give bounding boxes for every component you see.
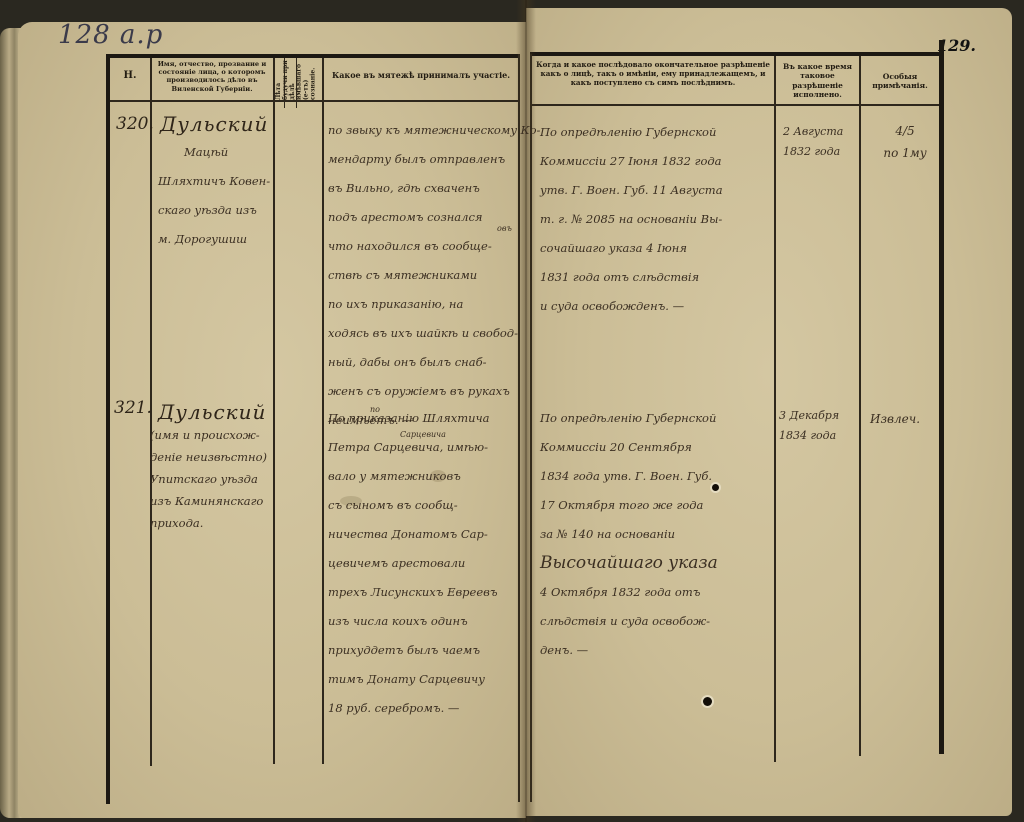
header-bottom-left (108, 100, 518, 102)
header-number: Н. (112, 70, 148, 83)
executed-date: 3 Декабря 1834 года (779, 406, 839, 446)
person-line: скаго уѣзда изъ (158, 196, 270, 225)
person-line: Упитскаго уѣзда (150, 468, 267, 490)
header-narrow-col: Лѣта будучи при дѣлѣ имѣвшаго (е-тъ) соз… (276, 60, 320, 100)
person-line: Мацѣй (158, 138, 270, 167)
header-executed: Въ какое время таковое разрѣшеніе исполн… (777, 62, 858, 99)
superscript-correction: овъ (497, 224, 512, 233)
header-resolution: Когда и какое послѣдовало окончательное … (533, 60, 773, 87)
executed-date: 2 Августа 1832 года (783, 122, 843, 162)
person-details: (имя и происхож- деніе неизвѣстно) Упитс… (150, 424, 267, 534)
right-outer-border (939, 40, 944, 754)
participation-text: по звыку къ мятежническому Ко- мендарту … (328, 116, 540, 435)
resolution-line: Высочайшаго указа (540, 549, 718, 578)
header-bottom-right (530, 104, 940, 106)
header-person: Имя, отчество, прозвание и состояніе лиц… (153, 60, 271, 93)
person-line: (имя и происхож- (150, 424, 267, 446)
participation-line: вало у мятежниковъ (328, 462, 498, 491)
participation-line: 18 руб. серебромъ. — (328, 694, 498, 723)
resolution-line: 1831 года отъ слѣдствія (540, 263, 723, 292)
col-divider-narrow (322, 58, 324, 764)
left-outer-border (106, 54, 110, 804)
remarks-line: 4/5 (875, 120, 935, 142)
participation-line: что находился въ сообще- (328, 232, 540, 261)
person-line: деніе неизвѣстно) (150, 446, 267, 468)
entry-number: 321. (114, 398, 152, 418)
resolution-line: 4 Октября 1832 года отъ (540, 578, 718, 607)
header-remarks: Особыя примѣчанія. (862, 72, 938, 91)
resolution-line: Коммиссіи 20 Сентября (540, 433, 718, 462)
resolution-line: 1834 года утв. Г. Воен. Губ. (540, 462, 718, 491)
resolution-text: По опредѣленію Губернской Коммиссіи 20 С… (540, 404, 718, 665)
header-participation: Какое въ мятежѣ принималъ участіе. (328, 70, 514, 80)
participation-line: ходясь въ ихъ шайкѣ и свобод- (328, 319, 540, 348)
executed-line: 3 Декабря (779, 406, 839, 426)
resolution-line: слѣдствія и суда освобож- (540, 607, 718, 636)
participation-line: тимъ Донату Сарцевичу (328, 665, 498, 694)
resolution-line: Коммиссіи 27 Іюня 1832 года (540, 147, 723, 176)
col-divider-remarks (859, 56, 861, 756)
participation-line: съ сыномъ въ сообщ- (328, 491, 498, 520)
participation-line: по ихъ приказанію, на (328, 290, 540, 319)
participation-line: Петра Сарцевича, имѣю- (328, 433, 498, 462)
participation-line: ный, дабы онъ былъ снаб- (328, 348, 540, 377)
top-border-right (530, 52, 940, 56)
participation-line: изъ числа коихъ одинъ (328, 607, 498, 636)
participation-line: по звыку къ мятежническому Ко- (328, 116, 540, 145)
remarks-note: 4/5 по 1му (875, 120, 935, 164)
participation-line: въ Вильно, гдѣ схваченъ (328, 174, 540, 203)
person-line: изъ Каминянскаго (150, 490, 267, 512)
col-divider-executed (774, 56, 776, 762)
resolution-line: По опредѣленію Губернской (540, 404, 718, 433)
executed-line: 1832 года (783, 142, 843, 162)
person-line: прихода. (150, 512, 267, 534)
person-line: м. Дорогушиш (158, 225, 270, 254)
binding-hole (712, 484, 719, 491)
executed-line: 1834 года (779, 426, 839, 446)
binding-hole (703, 697, 712, 706)
participation-line: По приказанію Шляхтича (328, 404, 498, 433)
person-details: Мацѣй Шляхтичъ Ковен- скаго уѣзда изъ м.… (158, 138, 270, 254)
resolution-line: и суда освобожденъ. — (540, 292, 723, 321)
participation-line: цевичемъ арестовали (328, 549, 498, 578)
resolution-line: По опредѣленію Губернской (540, 118, 723, 147)
entry-number: 320. (116, 114, 154, 134)
col-divider-person (273, 58, 275, 764)
pencil-page-mark: 128 a.p (58, 20, 163, 50)
resolution-line: денъ. — (540, 636, 718, 665)
resolution-line: за № 140 на основаніи (540, 520, 718, 549)
person-line: Шляхтичъ Ковен- (158, 167, 270, 196)
top-border-left (108, 54, 518, 58)
participation-line: мендарту былъ отправленъ (328, 145, 540, 174)
executed-line: 2 Августа (783, 122, 843, 142)
remarks-note: Извлеч. (870, 412, 920, 426)
participation-text: По приказанію Шляхтича Петра Сарцевича, … (328, 404, 498, 723)
participation-line: ствѣ съ мятежниками (328, 261, 540, 290)
participation-line: ничества Донатомъ Сар- (328, 520, 498, 549)
participation-line: женъ съ оружіемъ въ рукахъ (328, 377, 540, 406)
resolution-line: 17 Октября того же года (540, 491, 718, 520)
resolution-line: т. г. № 2085 на основаніи Вы- (540, 205, 723, 234)
open-register-book: 128 a.p 129. Н. Имя, отчество, прозвание… (0, 0, 1024, 822)
participation-line: трехъ Лисунскихъ Евреевъ (328, 578, 498, 607)
entry-surname: Дульский (158, 400, 266, 424)
resolution-text: По опредѣленію Губернской Коммиссіи 27 І… (540, 118, 723, 321)
resolution-line: сочайшаго указа 4 Іюня (540, 234, 723, 263)
participation-line: прихуддетъ былъ чаемъ (328, 636, 498, 665)
entry-surname: Дульский (160, 112, 268, 136)
remarks-line: по 1му (875, 142, 935, 164)
resolution-line: утв. Г. Воен. Губ. 11 Августа (540, 176, 723, 205)
